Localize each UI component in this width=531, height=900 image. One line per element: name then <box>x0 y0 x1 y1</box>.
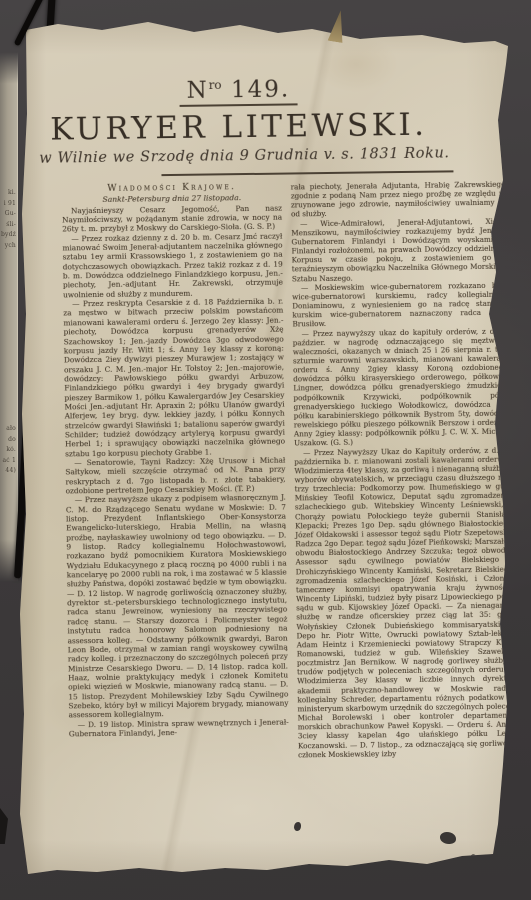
paragraph: rała piechoty, Jenerała Adjutanta, Hrabi… <box>291 180 508 219</box>
paragraph: — Przez naywyższy ukaz do kapituły order… <box>293 326 512 448</box>
page-fragment: śli- <box>0 220 16 231</box>
masthead-rule-short <box>180 103 298 107</box>
newspaper-title: KURYER LITEWSKI. <box>39 107 439 148</box>
printed-area: Nro 149. KURYER LITEWSKI. w Wilnie we Sr… <box>38 60 518 866</box>
masthead: Nro 149. KURYER LITEWSKI. w Wilnie we Sr… <box>38 75 439 167</box>
paragraph: — Senatorowie, Tayni Radzcy: Xżę Urusow … <box>65 456 285 496</box>
adjacent-page-text-fragments: ało do kó. ać 1 44) <box>0 424 16 477</box>
adjacent-page-text-fragments: ki. i 91 Gu- śli- bydź ych <box>0 188 16 251</box>
page-fragment: Gu- <box>0 209 16 220</box>
paragraph: — Moskiewskim wice-gubernatorem rozkazan… <box>292 280 510 329</box>
page-fragment: bydź <box>0 230 16 241</box>
paragraph: — D. 19 listop. Ministra spraw wewnętrzn… <box>69 717 289 739</box>
adjacent-page-edge: ki. i 91 Gu- śli- bydź ych ało do kó. ać… <box>0 52 18 582</box>
page-fragment: i 91 <box>0 199 16 210</box>
page-fragment: ych <box>0 241 16 252</box>
article-columns: Wiadomości Krajowe. Sankt-Petersburg dni… <box>62 180 516 763</box>
page-fragment: kó. <box>0 445 16 456</box>
edition-dateline: w Wilnie we Srzodę dnia 9 Grudnia v. s. … <box>39 146 439 167</box>
page-fragment: do <box>0 435 16 446</box>
masthead-rule-long <box>161 170 453 176</box>
paragraph: — Przez Naywyższy Ukaz do Kapituły order… <box>294 445 515 759</box>
paragraph: — Wice-Admirałowi, Jenerał-Adjutantowi, … <box>291 216 509 283</box>
page-fragment: 44) <box>0 466 16 477</box>
issue-number: Nro 149. <box>38 75 438 106</box>
left-column: Wiadomości Krajowe. Sankt-Petersburg dni… <box>62 183 290 763</box>
paragraph: — Przez naywyższe ukazy z podpisem własn… <box>66 493 289 720</box>
paper-hole <box>440 832 456 844</box>
paragraph: — Przez reskrypta Cesarskie z d. 18 Paźd… <box>63 297 285 459</box>
page-fragment: ało <box>0 424 16 435</box>
paragraph: — Przez rozkaz dzienny z d. 20 b. m. Ces… <box>62 231 283 299</box>
page-fragment: ać 1 <box>0 456 16 467</box>
newspaper-sheet: Nro 149. KURYER LITEWSKI. w Wilnie we Sr… <box>16 12 516 878</box>
paragraph: Nayjaśnieyszy Cesarz Jegomość, Pan nasz … <box>62 203 282 234</box>
right-column: rała piechoty, Jenerała Adjutanta, Hrabi… <box>291 180 516 760</box>
page-fragment: ki. <box>0 188 16 199</box>
